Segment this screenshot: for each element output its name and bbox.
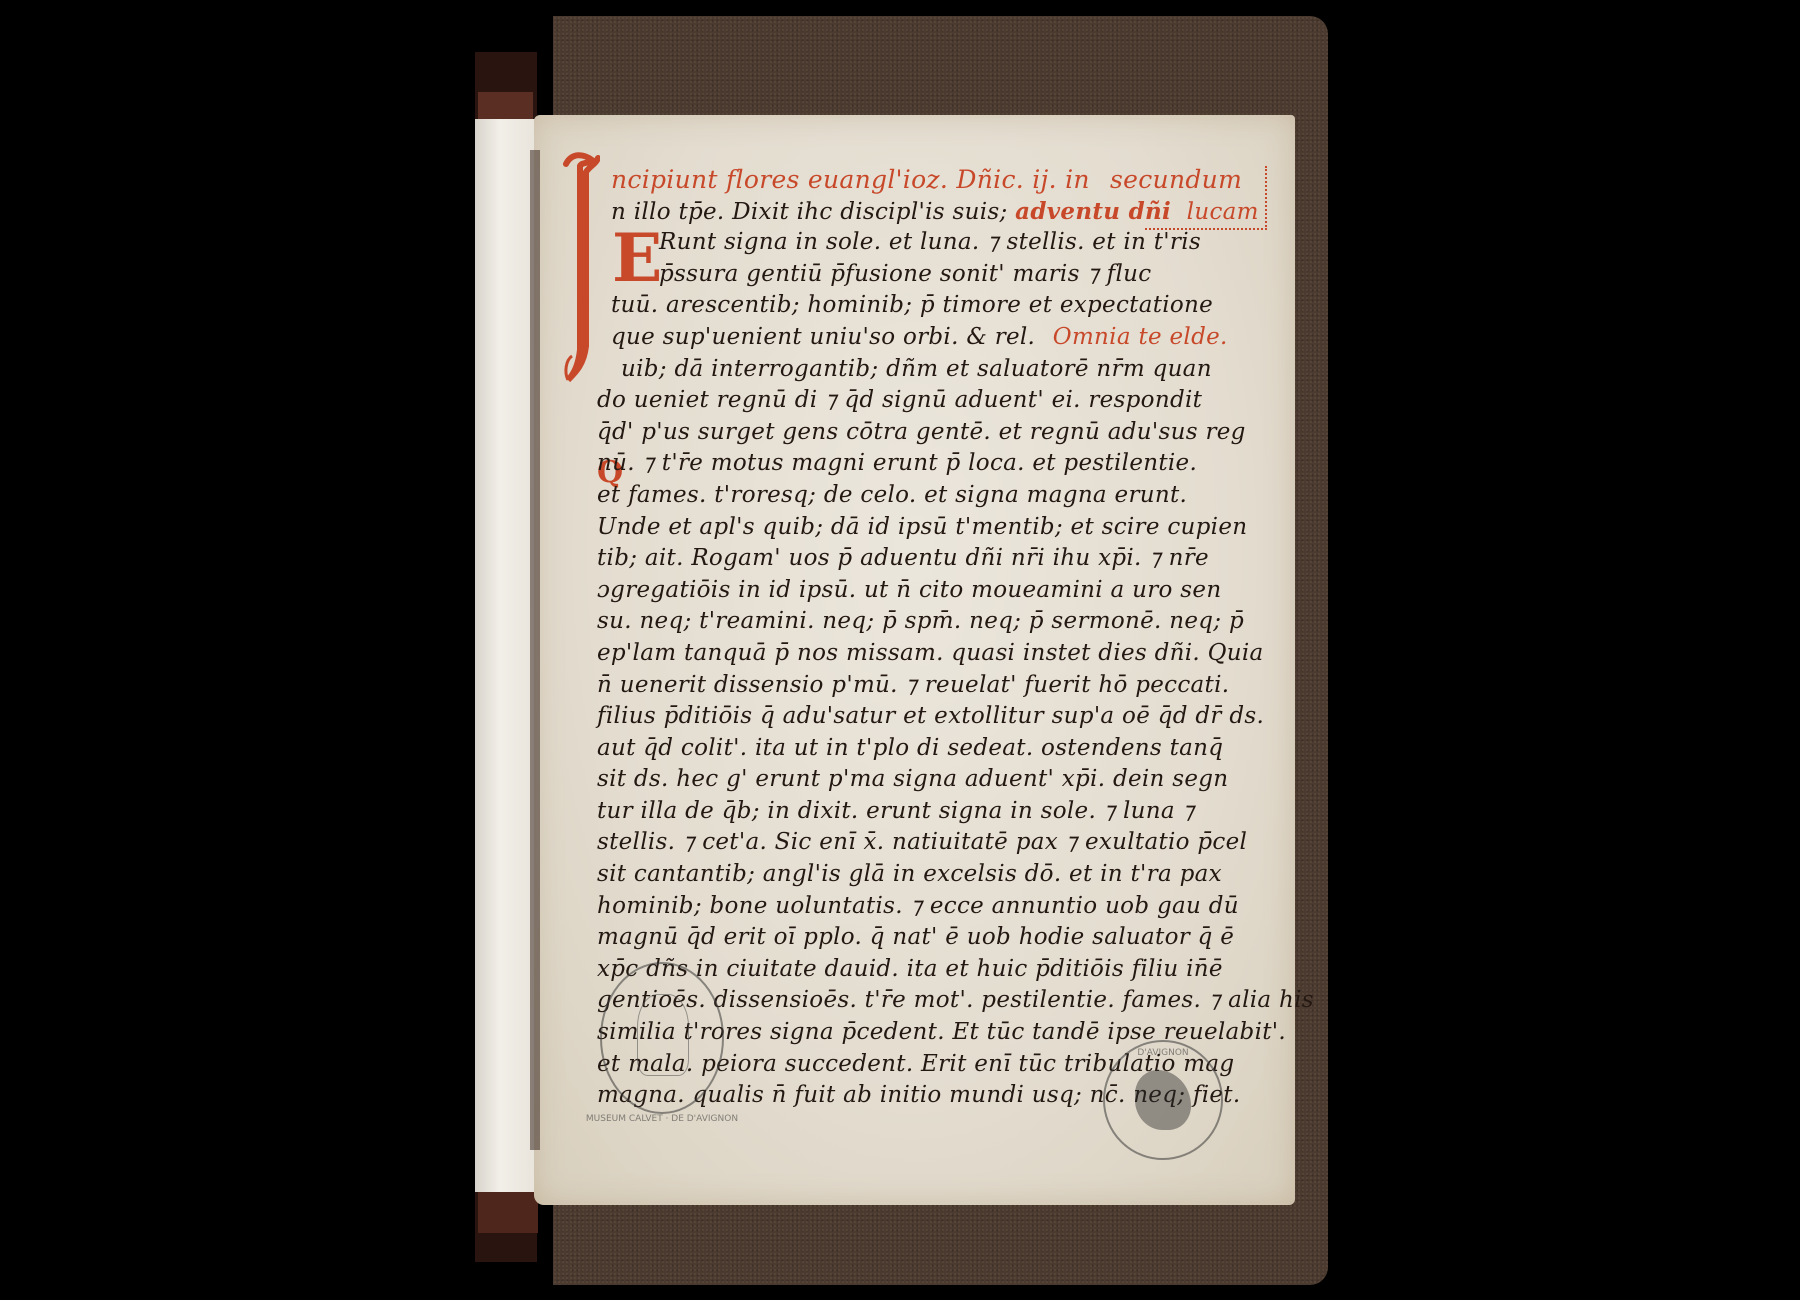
text-line: aut q̄d colit'. ita ut in t'plo di sedea… bbox=[597, 733, 1217, 765]
page-gutter bbox=[530, 150, 540, 1150]
rubric-text: Omnia te elde. bbox=[1053, 324, 1228, 350]
title-rubric: ncipiunt flores euangl'ioz. Dñic. ij. in bbox=[611, 165, 1090, 194]
text-line: nū. ⁊ t'r̄e motus magni erunt p̄ loca. e… bbox=[597, 448, 1217, 480]
text-line: sit ds. hec g' erunt p'ma signa aduent' … bbox=[597, 764, 1217, 796]
rubric-text: adventu dñi bbox=[1015, 198, 1171, 225]
side-rubric-2: lucam bbox=[1187, 199, 1259, 225]
text-line: q̄d' p'us surget gens cōtra gentē. et re… bbox=[597, 417, 1217, 449]
text-line: ep'lam tanquā p̄ nos missam. quasi inste… bbox=[597, 638, 1217, 670]
text-line: uib; dā interrogantib; dñm et saluatorē … bbox=[597, 354, 1217, 386]
text-line: do ueniet regnū di ⁊ q̄d signū aduent' e… bbox=[597, 385, 1217, 417]
flyleaf bbox=[475, 119, 537, 1192]
coat-of-arms-icon bbox=[637, 994, 689, 1076]
text-line: n̄ uenerit dissensio p'mū. ⁊ reuelat' fu… bbox=[597, 670, 1217, 702]
text-line: stellis. ⁊ cet'a. Sic enī x̄. natiuitatē… bbox=[597, 827, 1217, 859]
text-line-title: ncipiunt flores euangl'ioz. Dñic. ij. in… bbox=[597, 164, 1217, 196]
side-rubric-1: secundum bbox=[1110, 165, 1242, 194]
text-line: Runt signa in sole. et luna. ⁊ stellis. … bbox=[597, 227, 1217, 259]
text-line: filius p̄ditiōis q̄ adu'satur et extolli… bbox=[597, 701, 1217, 733]
text-line: tur illa de q̄b; in dixit. erunt signa i… bbox=[597, 796, 1217, 828]
text-line: ɔgregatiōis in id ipsū. ut n̄ cito mouea… bbox=[597, 575, 1217, 607]
text-line: n illo tp̄e. Dixit ihc discipl'is suis; … bbox=[597, 196, 1217, 228]
text-line: hominib; bone uoluntatis. ⁊ ecce annunti… bbox=[597, 891, 1217, 923]
text-line: su. neq; t'reamini. neq; p̄ spm̄. neq; p… bbox=[597, 606, 1217, 638]
text-line: p̄ssura gentiū p̄fusione sonit' maris ⁊ … bbox=[597, 259, 1217, 291]
line-text: que sup'uenient uniu'so orbi. & rel. bbox=[611, 324, 1035, 350]
text-line: Unde et apl's quib; dā id ipsū t'mentib;… bbox=[597, 512, 1217, 544]
line-text: n illo tp̄e. Dixit ihc discipl'is suis; bbox=[611, 199, 1008, 225]
text-line: sit cantantib; angl'is glā in excelsis d… bbox=[597, 859, 1217, 891]
text-line: magnū q̄d erit oī pplo. q̄ nat' ē uob ho… bbox=[597, 922, 1217, 954]
decorated-initial-i-icon bbox=[562, 150, 600, 382]
text-line: tib; ait. Rogam' uos p̄ aduentu dñi nr̄i… bbox=[597, 543, 1217, 575]
text-line: et fames. t'roresq; de celo. et signa ma… bbox=[597, 480, 1217, 512]
stamp-text: D'AVIGNON bbox=[1125, 1048, 1201, 1058]
stamp-text: MUSEUM CALVET · DE D'AVIGNON bbox=[572, 1114, 752, 1124]
text-line: tuū. arescentib; hominib; p̄ timore et e… bbox=[597, 290, 1217, 322]
library-eagle-stamp: D'AVIGNON bbox=[1103, 1040, 1223, 1160]
eagle-icon bbox=[1135, 1070, 1191, 1130]
spine-leather-bottom bbox=[478, 1185, 538, 1233]
museum-calvet-stamp: MUSEUM CALVET · DE D'AVIGNON bbox=[600, 962, 724, 1114]
text-line: que sup'uenient uniu'so orbi. & rel. Omn… bbox=[597, 322, 1217, 354]
